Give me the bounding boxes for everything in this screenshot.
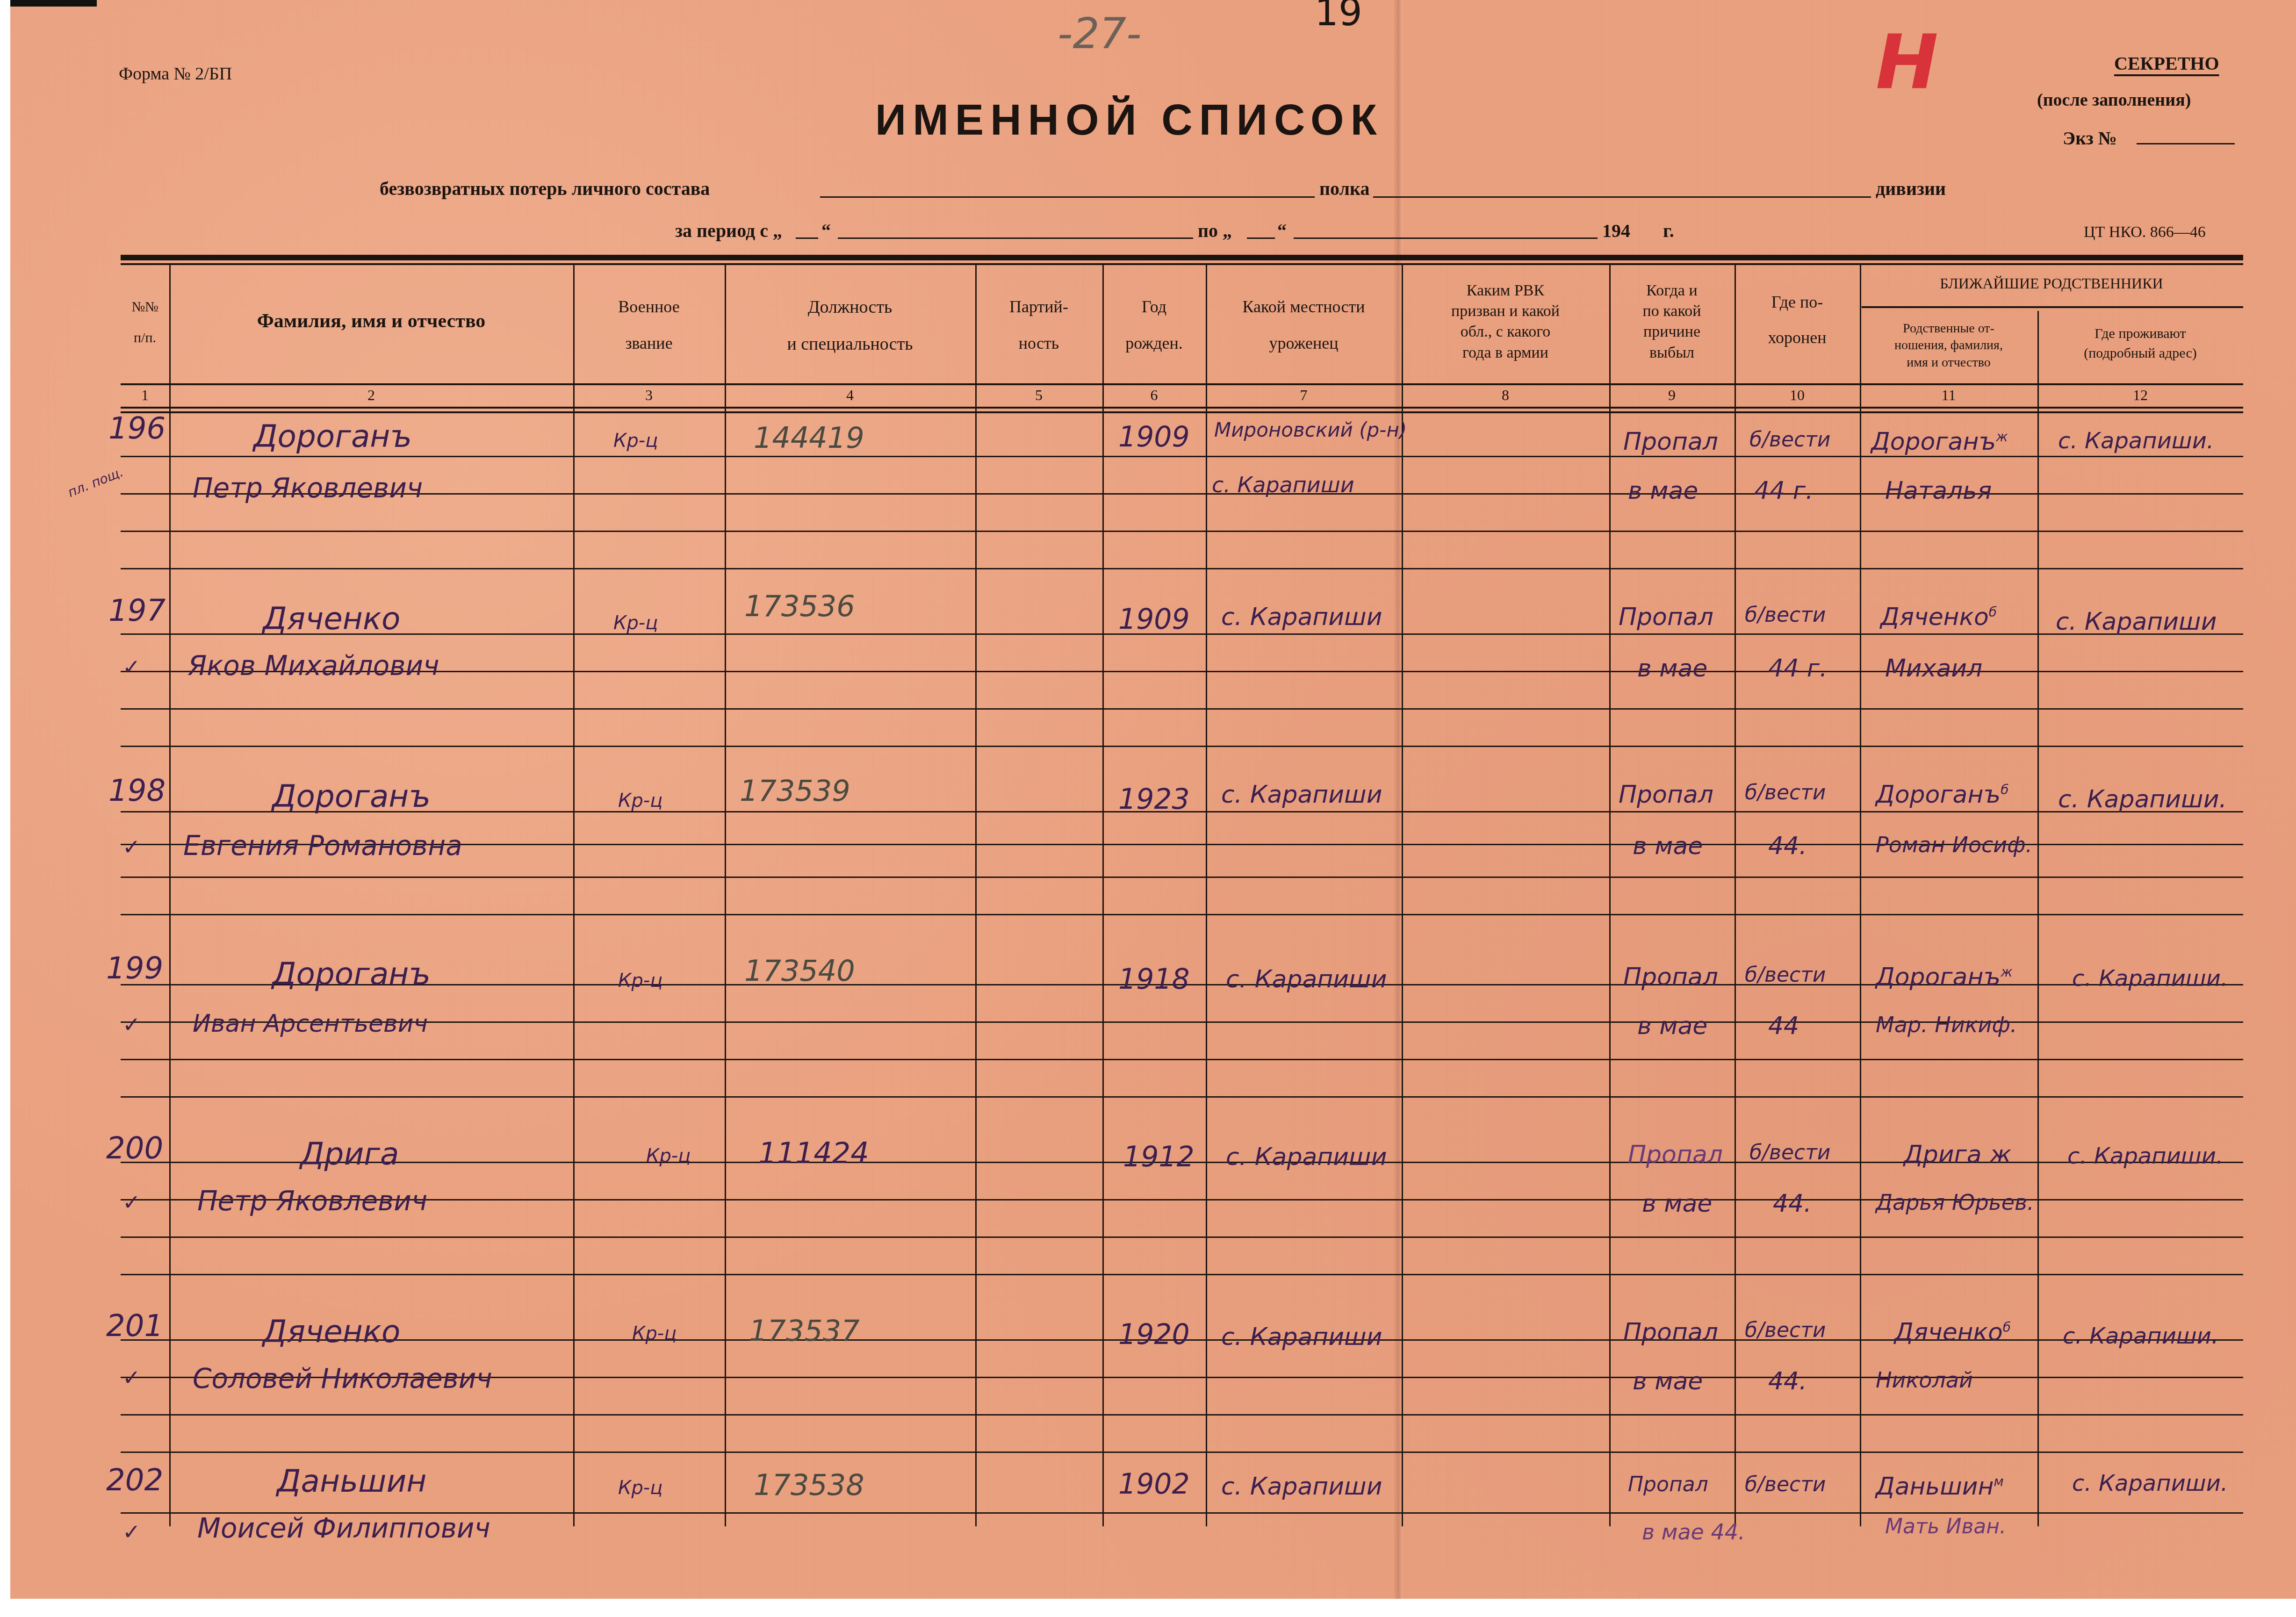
period-from-month-field[interactable]	[838, 237, 1193, 239]
column-number: 8	[1402, 387, 1609, 404]
position-code: 173540	[744, 954, 855, 988]
header-col-7: Какой местности уроженец	[1206, 295, 1402, 355]
relation-marker: б	[2003, 1320, 2011, 1335]
row-line	[121, 1096, 2243, 1098]
header-bottom-rule	[121, 383, 2243, 385]
relative-surname: Дороганъ	[1871, 428, 1996, 456]
birth-year: 1920	[1118, 1318, 1190, 1351]
table-top-rule	[121, 255, 2243, 260]
relation-marker: ж	[2001, 964, 2012, 980]
period-year: 194	[1602, 220, 1630, 242]
period-to-month-field[interactable]	[1294, 237, 1598, 239]
rank: Кр-ц	[632, 1323, 677, 1344]
column-number: 6	[1102, 387, 1206, 404]
document-sheet: Форма № 2/БП -27- 19 Н ИМЕННОЙ СПИСОК СЕ…	[10, 0, 2296, 1599]
column-number: 3	[573, 387, 725, 404]
header-col-11: Родственные от- ношения, фамилия, имя и …	[1860, 320, 2037, 371]
regiment-field[interactable]	[1373, 196, 1871, 198]
header-text: Должность	[725, 295, 975, 320]
header-text: (подробный адрес)	[2037, 344, 2243, 363]
birthplace: с. Карапиши	[1221, 603, 1382, 631]
burial-place: 44 г.	[1768, 654, 1828, 683]
reason-left: в мае	[1633, 1367, 1703, 1395]
reason-left: в мае	[1633, 832, 1703, 860]
reason-left: в мае 44.	[1642, 1519, 1745, 1545]
rank: Кр-ц	[646, 1145, 691, 1167]
colnum-bottom-rule	[121, 411, 2243, 413]
reason-left: Пропал	[1619, 781, 1713, 809]
position-code: 144419	[754, 421, 864, 455]
row-line	[121, 1452, 2243, 1453]
burial-place: б/вести	[1745, 781, 1826, 805]
reason-left: Пропал	[1628, 1473, 1708, 1496]
header-text: п/п.	[121, 328, 169, 348]
header-text: Где проживают	[2037, 324, 2243, 344]
relative-name: Дяченкоб	[1880, 603, 1997, 631]
column-number: 9	[1609, 387, 1735, 404]
period-quote: “	[1277, 220, 1287, 242]
row-line	[121, 531, 2243, 532]
row-number: 198	[108, 774, 166, 808]
col-divider	[1860, 264, 1861, 1526]
row-number: 196	[108, 411, 166, 446]
relative-address: с. Карапиши.	[2072, 1470, 2228, 1496]
surname: Дороганъ	[272, 956, 431, 992]
reason-left: в мае	[1642, 1190, 1712, 1218]
subtitle-prefix: безвозвратных потерь личного состава	[380, 178, 710, 200]
column-number: 5	[975, 387, 1102, 404]
relation-marker: б	[2001, 782, 2008, 798]
check-mark: ✓	[122, 1519, 141, 1545]
burial-place: 44 г.	[1754, 477, 1814, 505]
col-divider	[1402, 264, 1403, 1526]
rank: Кр-ц	[613, 430, 658, 452]
col-divider	[1735, 264, 1736, 1526]
row-line	[121, 1414, 2243, 1416]
header-text: года в армии	[1402, 343, 1609, 363]
period-to: по „	[1198, 220, 1232, 242]
relative-name: Дороганъж	[1871, 428, 2008, 456]
relation-marker: м	[1994, 1474, 2004, 1489]
check-mark: ✓	[122, 654, 141, 680]
margin-note: пл. пощ.	[65, 464, 125, 500]
relative-surname: Дяченко	[1894, 1318, 2003, 1346]
header-text: имя и отчество	[1860, 354, 2037, 371]
relative-address: с. Карапиши.	[2058, 428, 2214, 454]
birth-year: 1918	[1118, 963, 1190, 996]
given-names: Петр Яковлевич	[193, 472, 423, 504]
relative-address: с. Карапиши	[2056, 608, 2217, 636]
birthplace: с. Карапиши	[1221, 1473, 1382, 1501]
header-text: и специальность	[725, 331, 975, 357]
rank: Кр-ц	[618, 970, 662, 992]
burial-place: б/вести	[1745, 1318, 1826, 1342]
header-col-3: Военное звание	[573, 295, 725, 355]
birthplace: с. Карапиши	[1226, 1143, 1387, 1171]
check-mark: ✓	[122, 1365, 141, 1390]
subtitle-division: дивизии	[1876, 178, 1946, 200]
relative-surname: Дяченко	[1880, 603, 1989, 631]
column-number: 7	[1206, 387, 1402, 404]
column-number: 12	[2037, 387, 2243, 404]
given-names: Яков Михайлович	[188, 650, 439, 682]
burial-place: 44.	[1768, 832, 1807, 860]
header-text: причине	[1609, 322, 1735, 342]
header-text: хоронен	[1735, 325, 1860, 350]
relative-given: Роман Иосиф.	[1876, 832, 2032, 857]
relative-address: с. Карапиши.	[2067, 1143, 2223, 1169]
relation-marker: ж	[1996, 429, 2008, 445]
header-col-8: Каким РВК призван и какой обл., с какого…	[1402, 280, 1609, 363]
period-from-day-field[interactable]	[796, 237, 818, 239]
header-text: Где по-	[1735, 290, 1860, 314]
copy-number-field[interactable]	[2137, 143, 2235, 144]
header-col-4: Должность и специальность	[725, 295, 975, 357]
surname: Даньшин	[277, 1463, 427, 1499]
relation-marker: б	[1989, 604, 1997, 620]
reason-left: Пропал	[1628, 1141, 1723, 1169]
period-prefix: за период с „	[675, 220, 782, 242]
burial-place: 44	[1768, 1012, 1799, 1040]
row-line	[121, 877, 2243, 878]
subtitle-regiment: полка	[1319, 178, 1369, 200]
row-number: 197	[108, 594, 166, 628]
row-line	[121, 1059, 2243, 1060]
header-text: ношения, фамилия,	[1860, 337, 2037, 354]
red-mark: Н	[1876, 19, 1938, 106]
burial-place: б/вести	[1745, 603, 1826, 627]
reason-left: в мае	[1628, 477, 1698, 505]
relative-given: Мать Иван.	[1885, 1515, 2006, 1538]
relative-given: Николай	[1876, 1367, 1973, 1393]
column-number: 11	[1860, 387, 2037, 404]
relative-surname: Дороганъ	[1876, 963, 2001, 991]
birthplace: с. Карапиши	[1226, 965, 1387, 993]
relative-address: с. Карапиши.	[2072, 965, 2228, 992]
document-title: ИМЕННОЙ СПИСОК	[875, 96, 1383, 145]
birth-year: 1902	[1118, 1468, 1190, 1501]
row-line	[121, 456, 2243, 457]
position-code: 173539	[740, 774, 850, 808]
header-col-10: Где по- хоронен	[1735, 290, 1860, 350]
surname: Дороганъ	[272, 778, 431, 814]
header-col-9: Когда и по какой причине выбыл	[1609, 280, 1735, 363]
page-number-ink: 19	[1315, 0, 1362, 34]
col-divider	[975, 264, 977, 1526]
column-number: 10	[1735, 387, 1860, 404]
col-divider	[1609, 264, 1611, 1526]
row-line	[121, 708, 2243, 710]
col-divider	[1206, 264, 1207, 1526]
row-number: 202	[106, 1463, 163, 1498]
burial-place: б/вести	[1745, 963, 1826, 987]
relative-surname: Даньшин	[1876, 1473, 1994, 1501]
relative-given: Дарья Юрьев.	[1876, 1190, 2034, 1215]
relative-given: Наталья	[1885, 477, 1992, 505]
check-mark: ✓	[122, 1190, 141, 1215]
burial-place: 44.	[1773, 1190, 1812, 1218]
header-text: по какой	[1609, 301, 1735, 322]
header-text: Год	[1102, 295, 1206, 319]
header-col-1: №№ п/п.	[121, 297, 169, 348]
col-divider	[169, 264, 171, 1526]
reason-left: Пропал	[1623, 428, 1718, 456]
column-number: 1	[121, 387, 169, 404]
copy-number-label: Экз №	[2063, 127, 2117, 149]
relative-name: Дяченкоб	[1894, 1318, 2011, 1346]
header-text: Родственные от-	[1860, 320, 2037, 337]
scan-edge	[10, 0, 97, 7]
birth-year: 1923	[1118, 783, 1190, 816]
burial-place: 44.	[1768, 1367, 1807, 1395]
header-text: Когда и	[1609, 280, 1735, 301]
birthplace: с. Карапиши	[1221, 1323, 1382, 1351]
surname: Дрига	[300, 1136, 399, 1172]
birthplace: с. Карапиши	[1221, 781, 1382, 809]
row-line	[121, 1274, 2243, 1275]
given-names: Соловей Николаевич	[193, 1363, 492, 1394]
birthplace: Мироновский (р-н)	[1214, 418, 1407, 441]
header-text: Какой местности	[1206, 295, 1402, 319]
reason-left: Пропал	[1619, 603, 1713, 631]
col-divider	[725, 264, 726, 1526]
header-text: Партий-	[975, 295, 1102, 319]
burial-place: б/вести	[1745, 1473, 1826, 1496]
given-names: Евгения Романовна	[183, 830, 462, 862]
header-text: призван и какой	[1402, 301, 1609, 322]
period-year-suffix: г.	[1663, 220, 1674, 242]
header-text: уроженец	[1206, 331, 1402, 355]
header-text: обл., с какого	[1402, 322, 1609, 342]
position-code: 173538	[754, 1468, 864, 1502]
reason-left: в мае	[1637, 1012, 1707, 1040]
birth-year: 1912	[1123, 1141, 1195, 1173]
relative-name: Даньшинм	[1876, 1473, 2004, 1501]
header-group-relatives: БЛИЖАЙШИЕ РОДСТВЕННИКИ	[1860, 273, 2243, 294]
given-names: Иван Арсентьевич	[193, 1010, 428, 1038]
position-code: 173536	[744, 589, 855, 623]
relative-name: Дороганъж	[1876, 963, 2012, 991]
relative-given: Мар. Никиф.	[1876, 1012, 2017, 1037]
rank: Кр-ц	[618, 790, 662, 812]
page-number-pencil: -27-	[1058, 9, 1141, 58]
check-mark: ✓	[122, 1012, 141, 1037]
rank: Кр-ц	[618, 1477, 662, 1499]
table-top-rule-thin	[121, 263, 2243, 265]
birth-year: 1909	[1118, 603, 1190, 636]
col-divider	[573, 264, 575, 1526]
period-quote: “	[821, 220, 831, 242]
reason-left: Пропал	[1623, 963, 1718, 991]
form-number: Форма № 2/БП	[119, 64, 232, 84]
classification-stamp: СЕКРЕТНО	[2114, 52, 2219, 74]
burial-place: б/вести	[1749, 428, 1830, 452]
column-number: 2	[169, 387, 573, 404]
col-divider	[1102, 264, 1104, 1526]
header-col-2: Фамилия, имя и отчество	[169, 307, 573, 336]
row-line	[121, 914, 2243, 915]
relative-surname: Дороганъ	[1876, 781, 2001, 809]
printer-code: ЦТ НКО. 866—46	[2084, 223, 2206, 241]
position-code: 173537	[749, 1314, 860, 1348]
surname: Дороганъ	[253, 418, 412, 454]
relative-address: с. Карапиши.	[2063, 1323, 2218, 1349]
period-to-day-field[interactable]	[1247, 237, 1275, 239]
burial-place: б/вести	[1749, 1141, 1830, 1164]
header-text: выбыл	[1609, 343, 1735, 363]
given-names: Петр Яковлевич	[197, 1185, 427, 1217]
group-divider	[1862, 306, 2243, 308]
surname: Дяченко	[263, 601, 400, 637]
reason-left: в мае	[1637, 654, 1707, 683]
relative-surname: Дрига ж	[1904, 1141, 2011, 1169]
row-line	[121, 746, 2243, 747]
row-line	[121, 1236, 2243, 1238]
column-number: 4	[725, 387, 975, 404]
birthplace: с. Карапиши	[1212, 472, 1354, 497]
surname: Дяченко	[263, 1314, 400, 1350]
row-number: 200	[106, 1131, 163, 1166]
header-text: №№	[121, 297, 169, 317]
birth-year: 1909	[1118, 421, 1190, 453]
header-col-12: Где проживают (подробный адрес)	[2037, 324, 2243, 363]
reason-left: Пропал	[1623, 1318, 1718, 1346]
header-col-5: Партий- ность	[975, 295, 1102, 355]
check-mark: ✓	[122, 834, 141, 860]
position-code: 111424	[758, 1136, 869, 1170]
header-col-6: Год рожден.	[1102, 295, 1206, 355]
personnel-unit-field[interactable]	[820, 196, 1315, 198]
colnum-bottom-rule	[121, 407, 2243, 409]
relative-name: Дрига ж	[1904, 1141, 2011, 1169]
header-text: звание	[573, 331, 725, 355]
row-line	[121, 568, 2243, 569]
given-names: Моисей Филиппович	[197, 1512, 490, 1544]
header-text: Военное	[573, 295, 725, 319]
header-text: Каким РВК	[1402, 280, 1609, 301]
classification-note: (после заполнения)	[2037, 90, 2191, 110]
row-number: 199	[106, 951, 163, 986]
relative-given: Михаил	[1885, 654, 1982, 683]
relative-address: с. Карапиши.	[2058, 785, 2227, 813]
header-text: ность	[975, 331, 1102, 355]
relative-name: Дороганъб	[1876, 781, 2008, 809]
row-number: 201	[106, 1309, 163, 1344]
header-text: рожден.	[1102, 331, 1206, 355]
rank: Кр-ц	[613, 612, 658, 634]
